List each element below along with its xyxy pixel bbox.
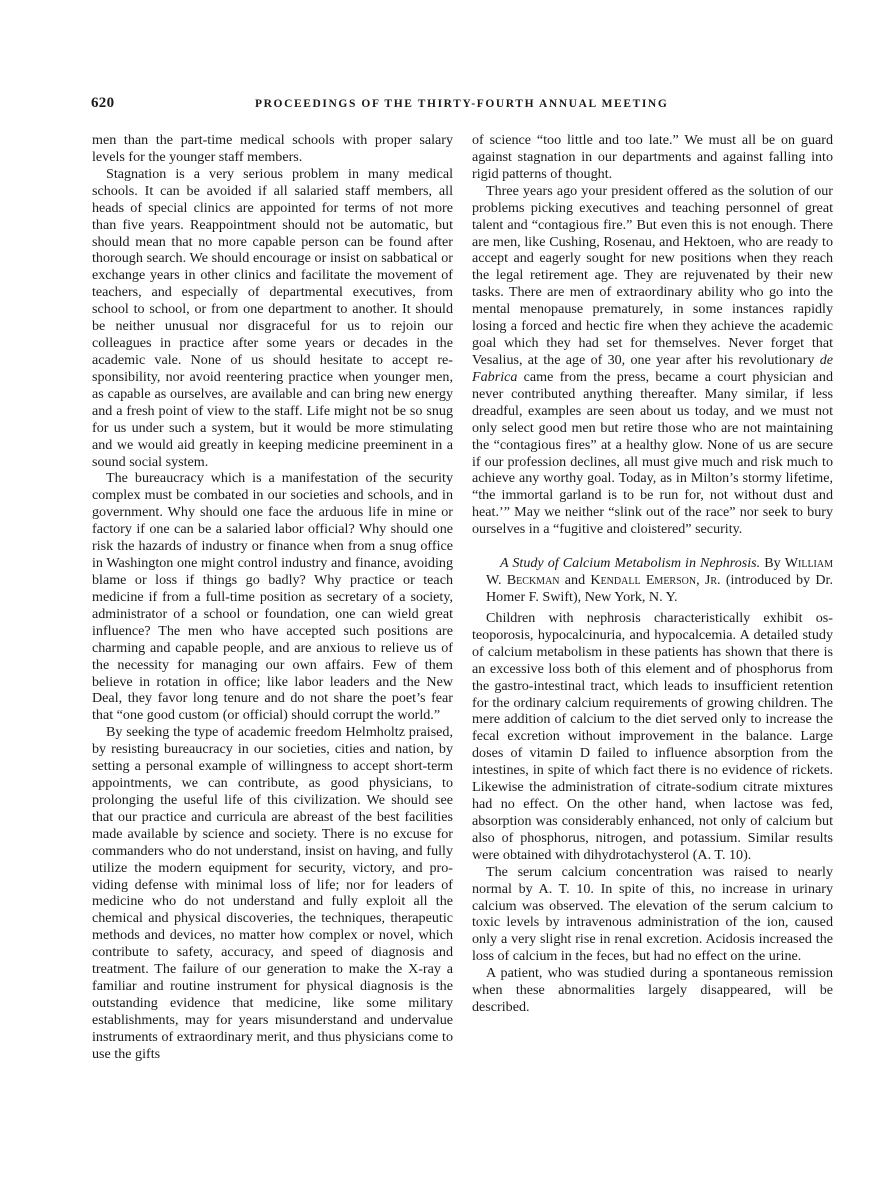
text-segment: came from the press, became a court phys… [472,369,833,537]
paragraph-three-years-ago: Three years ago your president offered a… [472,183,833,538]
right-column: of science “too little and too late.” We… [472,132,833,1016]
abstract-paragraph: The serum calcium concentration was rais… [472,864,833,966]
and-label: and [560,572,591,588]
abstract-paragraph: A patient, who was studied during a spon… [472,965,833,1016]
author-name: Kendall Emerson, Jr. [590,572,720,588]
paragraph-academic-freedom: By seeking the type of academic freedom … [92,724,453,1062]
paragraph-stagnation: Stagnation is a very serious problem in … [92,166,453,471]
article-heading: A Study of Calcium Metabolism in Nephros… [472,555,833,606]
article-title: A Study of Calcium Metabolism in Nephros… [500,555,760,571]
paragraph-continuation: men than the part-time medical schools w… [92,132,453,166]
by-label: By [760,555,785,571]
left-column: men than the part-time medical schools w… [92,132,453,1063]
page-number: 620 [91,95,114,112]
abstract-paragraph: Children with nephrosis characteristical… [472,610,833,864]
section-gap [472,538,833,555]
paragraph-continuation: of science “too little and too late.” We… [472,132,833,183]
paragraph-bureaucracy: The bureaucracy which is a manifestation… [92,470,453,724]
running-head: PROCEEDINGS OF THE THIRTY-FOURTH ANNUAL … [255,98,668,110]
text-segment: Three years ago your president offered a… [472,183,833,368]
